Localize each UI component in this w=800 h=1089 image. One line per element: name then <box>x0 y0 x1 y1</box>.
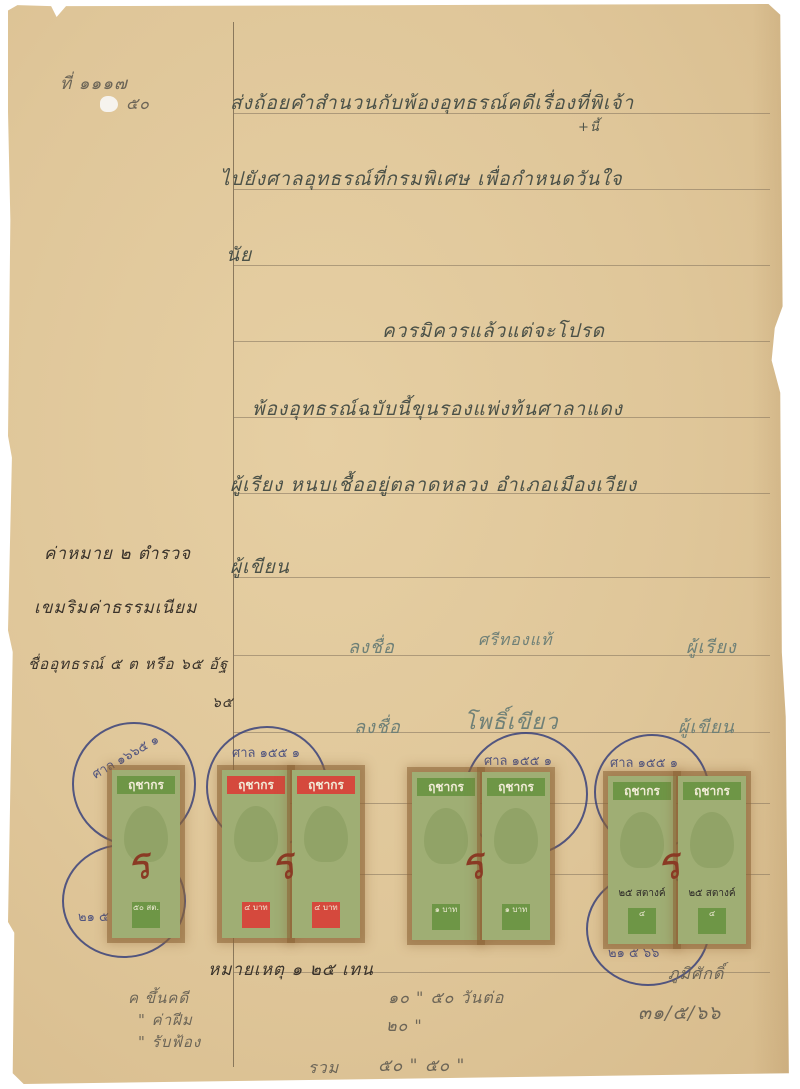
signature-1-prefix: ลงชื่อ <box>348 632 395 661</box>
margin-note-line-4: ๖๕ <box>212 692 233 714</box>
body-line-6: ผู้เรียง หนบเชื้ออยู่ตลาดหลวง อำเภอเมือง… <box>230 470 637 500</box>
clerk-date: ๓๑/๕/๖๖ <box>638 998 721 1028</box>
ruled-line <box>233 577 770 578</box>
fees-header: หมายเหตุ ๑ ๒๕ เทน <box>208 956 374 983</box>
fees-total: ๕๐ " ๕๐ " <box>378 1052 465 1079</box>
stamp-label: ฤชากร <box>117 776 175 794</box>
postmark-text: ศาล ๑๕๕ ๑ <box>232 742 300 763</box>
clerk-signature: ภูมิศักดิ์ <box>668 962 724 987</box>
body-line-7: ผู้เขียน <box>230 552 290 582</box>
fees-total-label: รวม <box>308 1056 339 1081</box>
fees-left-1: ค ขึ้นคดี <box>128 986 189 1010</box>
margin-note-line-3: ชื่ออุทธรณ์ ๕ ต หรือ ๖๕ อัฐ <box>28 652 228 676</box>
body-line-3: นัย <box>226 240 252 270</box>
reference-number: ที่ ๑๑๑๗ <box>60 70 128 97</box>
revenue-stamp: ฤชากร ๔ บาท <box>292 770 360 938</box>
fees-right-1: ๑๐ " ๕๐ วันต่อ <box>388 986 504 1011</box>
stamp-label: ฤชากร <box>683 782 741 800</box>
insertion-mark: +นี้ <box>578 116 600 137</box>
stamp-value: ๔ <box>628 908 656 934</box>
margin-note-line-1: ค่าหมาย ๒ ตำรวจ <box>44 540 191 567</box>
stamp-label: ฤชากร <box>487 778 545 796</box>
paper-hole <box>100 96 118 112</box>
stamp-value: ๑ บาท <box>502 904 530 930</box>
postmark-text: ศาล ๑๕๕ ๑ <box>484 750 552 771</box>
body-line-1: ส่งถ้อยคำสำนวนกับพ้องอุทธรณ์คดีเรื่องที่… <box>230 88 634 118</box>
fees-left-2: " ค่าฝีม <box>138 1008 193 1032</box>
stamp-portrait <box>494 808 538 864</box>
document-page: ที่ ๑๑๑๗ ๕๐ ส่งถ้อยคำสำนวนกับพ้องอุทธรณ์… <box>8 4 792 1084</box>
margin-note-line-2: เขมริมค่าธรรมเนียม <box>34 594 197 621</box>
stamp-label: ฤชากร <box>417 778 475 796</box>
signature-2-role: ผู้เขียน <box>678 712 735 741</box>
stamp-label: ฤชากร <box>297 776 355 794</box>
stamp-portrait <box>304 806 348 862</box>
body-line-2: ไปยังศาลอุทธรณ์ที่กรมพิเศษ เพื่อกำหนดวัน… <box>220 164 623 194</box>
stamp-value: ๕๐ สต. <box>132 902 160 928</box>
stamp-value: ๔ บาท <box>312 902 340 928</box>
stamp-value: ๔ บาท <box>242 902 270 928</box>
body-line-5: พ้องอุทธรณ์ฉบับนี้ขุนรองแพ่งท้นศาลาแดง <box>252 394 623 424</box>
revenue-stamp: ฤชากร ๒๕ สตางค์ ๔ <box>678 776 746 944</box>
stamp-value: ๔ <box>698 908 726 934</box>
postmark-date: ๒๑ ๕ ๖๖ <box>608 942 659 963</box>
reference-sub: ๕๐ <box>126 92 150 117</box>
signature-1-role: ผู้เรียง <box>686 632 737 661</box>
signature-2-prefix: ลงชื่อ <box>354 712 401 741</box>
stamp-label: ฤชากร <box>227 776 285 794</box>
body-line-4: ควรมิควรแล้วแต่จะโปรด <box>382 316 605 346</box>
fees-left-3: " รับฟ้อง <box>138 1030 201 1054</box>
fees-right-2: ๒๐ " <box>386 1014 423 1039</box>
ruled-line <box>233 265 770 266</box>
stamp-portrait <box>690 812 734 868</box>
signature-1-name: ศรีทองแท้ <box>478 628 553 653</box>
stamp-value: ๑ บาท <box>432 904 460 930</box>
revenue-stamp: ฤชากร ๑ บาท <box>482 772 550 940</box>
stamp-label: ฤชากร <box>613 782 671 800</box>
postmark-text: ศาล ๑๕๕ ๑ <box>610 752 678 773</box>
